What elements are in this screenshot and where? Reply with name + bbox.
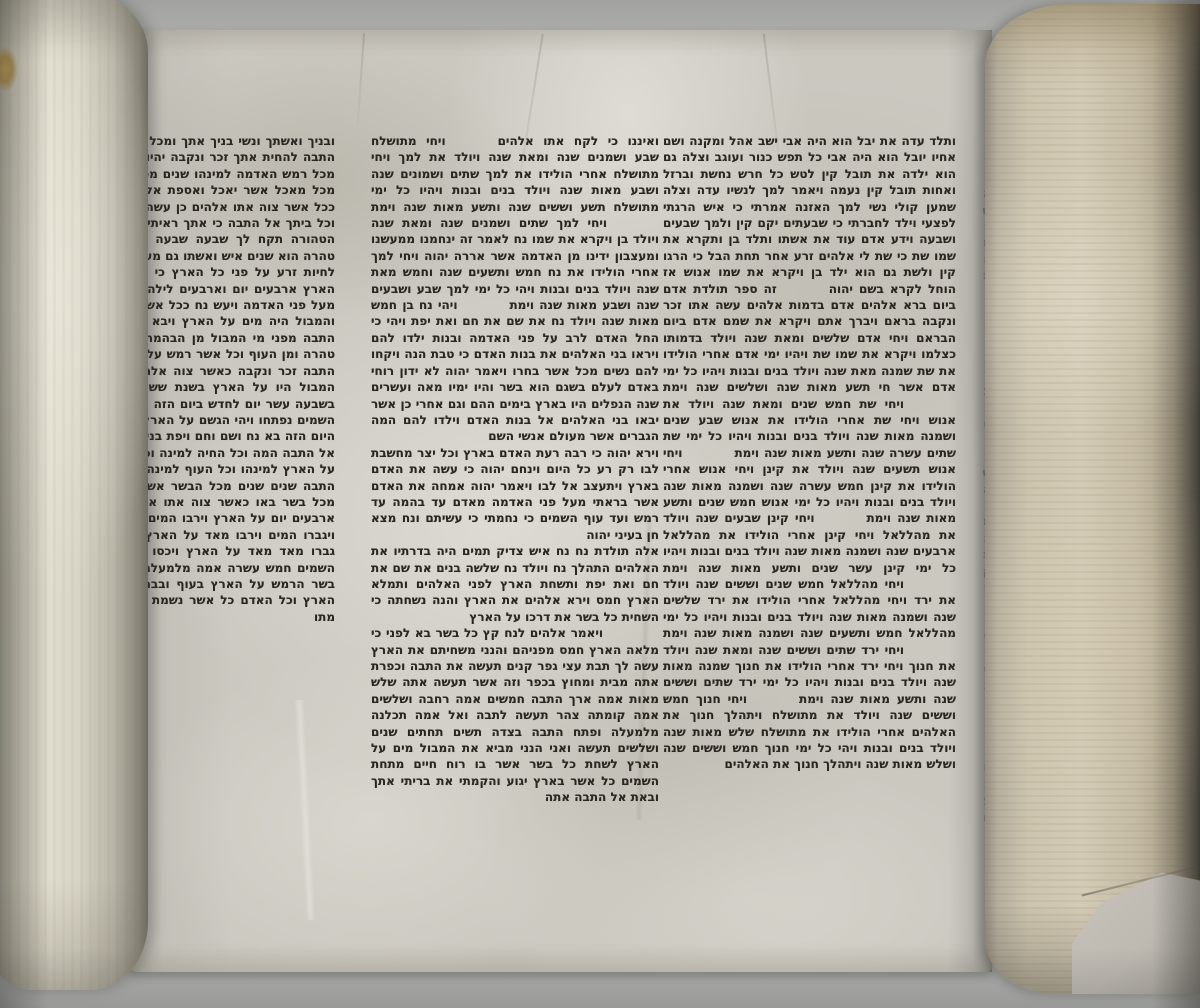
torah-scroll-photo: ובניך ואשתך ונשי בניך אתך ומכל החי מכל ב… <box>0 0 1200 1008</box>
left-rolled-edge <box>0 0 148 990</box>
right-roller <box>985 4 1200 994</box>
text-column-middle: ואיננו כי לקח אתו אלהיםויחי מתושלח שבע ו… <box>371 133 659 825</box>
text-column-right: ותלד עדה את יבל הוא היה אבי ישב אהל ומקנ… <box>663 133 956 825</box>
